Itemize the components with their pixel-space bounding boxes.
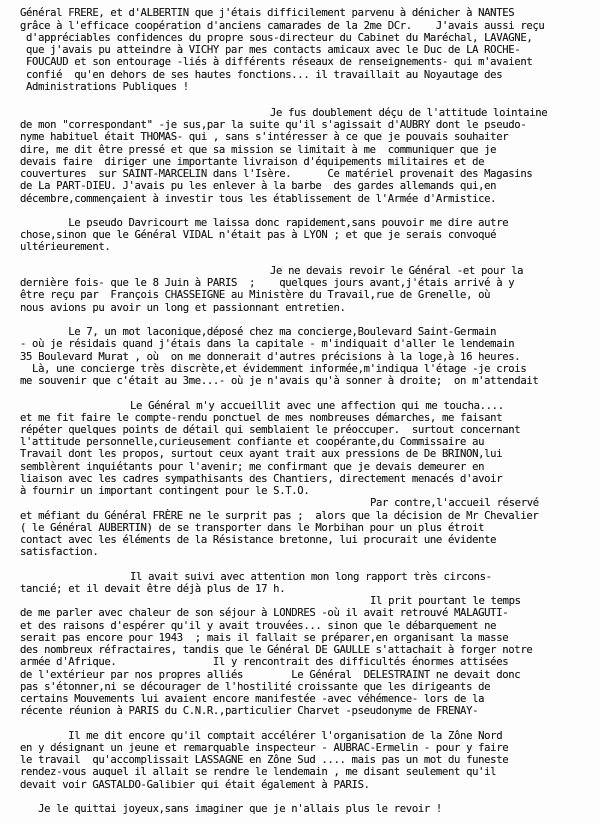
text-line: nous avions pu avoir un long et passionn… xyxy=(20,301,346,316)
text-line: à fournir un important contingent pour l… xyxy=(20,484,309,499)
text-line: Je le quittai joyeux,sans imaginer que j… xyxy=(20,802,442,817)
text-line: tancié; et il devait être déjà plus de 1… xyxy=(20,582,285,597)
typewritten-page: Général FRERE, et d'ALBERTIN que j'étais… xyxy=(0,0,600,824)
text-line: décembre,commençaient à investir tous le… xyxy=(20,192,496,207)
text-line: me souvenir que c'était au 3me...- où je… xyxy=(20,374,538,389)
text-line: devait voir GASTALDO-Galibier qui était … xyxy=(20,778,370,793)
text-line: ultérieurement. xyxy=(20,240,110,255)
text-line: satisfaction. xyxy=(20,545,98,560)
text-line: récente réunion à PARIS du C.N.R.,partic… xyxy=(20,704,478,719)
text-line: Administrations Publiques ! xyxy=(20,80,189,95)
